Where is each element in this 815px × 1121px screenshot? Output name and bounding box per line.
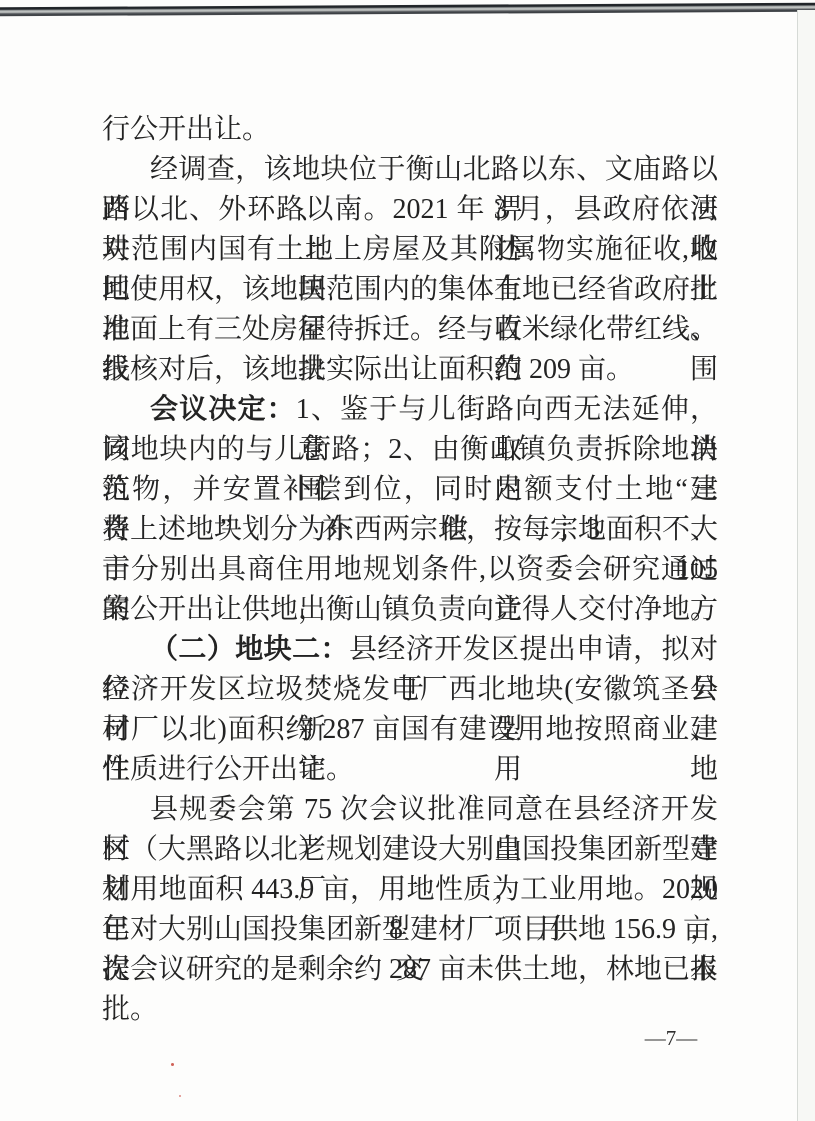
text-segment: 行公开出让。	[102, 114, 270, 145]
text-line: 该地块内的与儿街路；2、由衡山镇负责拆除地块范围内建	[102, 430, 718, 470]
text-line: 地使用权，该地块范围内的集体土地已经省政府批准征收。	[102, 270, 718, 310]
scan-speck	[179, 1095, 181, 1097]
text-line: 经调查，该地块位于衡山北路以东、文庙路以西、淠河	[102, 150, 718, 190]
text-segment: 性质进行公开出让。	[102, 754, 354, 785]
text-line: 地面上有三处房屋待拆迁。经与百米绿化带红线、报批范围	[102, 310, 718, 350]
text-line: 案公开出让供地，衡山镇负责向竞得人交付净地。	[102, 590, 718, 630]
text-line: 将上述地块划分为东西两宗地，按每宗地面积不大于 105	[102, 510, 718, 550]
text-line: 路以北、外环路以南。2021 年 3 月，县政府依法对上述地	[102, 190, 718, 230]
text-line: 亩分别出具商住用地规划条件,以资委会研究通过的出让方	[102, 550, 718, 590]
text-line: 村（大黑路以北）规划建设大别山国投集团新型建材厂，规	[102, 830, 718, 870]
scan-speck	[171, 1063, 174, 1066]
text-line: 经济开发区垃圾焚烧发电厂西北地块(安徽筑圣公司新型建	[102, 670, 718, 710]
text-line: 筑物，并安置补偿到位，同时足额支付土地“三费”补偿；3、	[102, 470, 718, 510]
text-line: 线核对后，该地块实际出让面积约 209 亩。	[102, 350, 718, 390]
text-line: 材厂以北)面积约 287 亩国有建设用地按照商业、住宅用地	[102, 710, 718, 750]
text-line: 行公开出让。	[102, 110, 718, 150]
document-text: 行公开出让。经调查，该地块位于衡山北路以东、文庙路以西、淠河路以北、外环路以南。…	[102, 110, 718, 990]
text-line: （二）地块二：县经济开发区提出申请，拟对位于县	[102, 630, 718, 670]
text-line: 次会议研究的是剩余约 287 亩未供土地，林地已报批。	[102, 950, 718, 990]
bold-text-segment: （二）地块二：	[150, 634, 349, 665]
scanned-document-page: 行公开出让。经调查，该地块位于衡山北路以东、文庙路以西、淠河路以北、外环路以南。…	[0, 0, 815, 1121]
text-line: 会议决定：1、鉴于与儿街路向西无法延伸，同意取消	[102, 390, 718, 430]
bold-text-segment: 会议决定：	[150, 394, 296, 425]
text-segment: 案公开出让供地，衡山镇负责向竞得人交付净地。	[102, 594, 718, 625]
text-segment: 线核对后，该地块实际出让面积约 209 亩。	[102, 354, 634, 385]
page-number: —7—	[636, 1026, 706, 1051]
scan-edge-top	[0, 3, 815, 17]
text-line: 划用地面积 443.9 亩，用地性质为工业用地。2020 年 8 月，	[102, 870, 718, 910]
text-line: 县规委会第 75 次会议批准同意在县经济开发区老皇寺	[102, 790, 718, 830]
page-right-edge	[797, 10, 815, 1121]
text-segment: 次会议研究的是剩余约 287 亩未供土地，林地已报批。	[102, 954, 718, 1025]
text-line: 已对大别山国投集团新型建材厂项目供地 156.9 亩, 提交本	[102, 910, 718, 950]
text-line: 块范围内国有土地上房屋及其附属物实施征收,收回国有土	[102, 230, 718, 270]
